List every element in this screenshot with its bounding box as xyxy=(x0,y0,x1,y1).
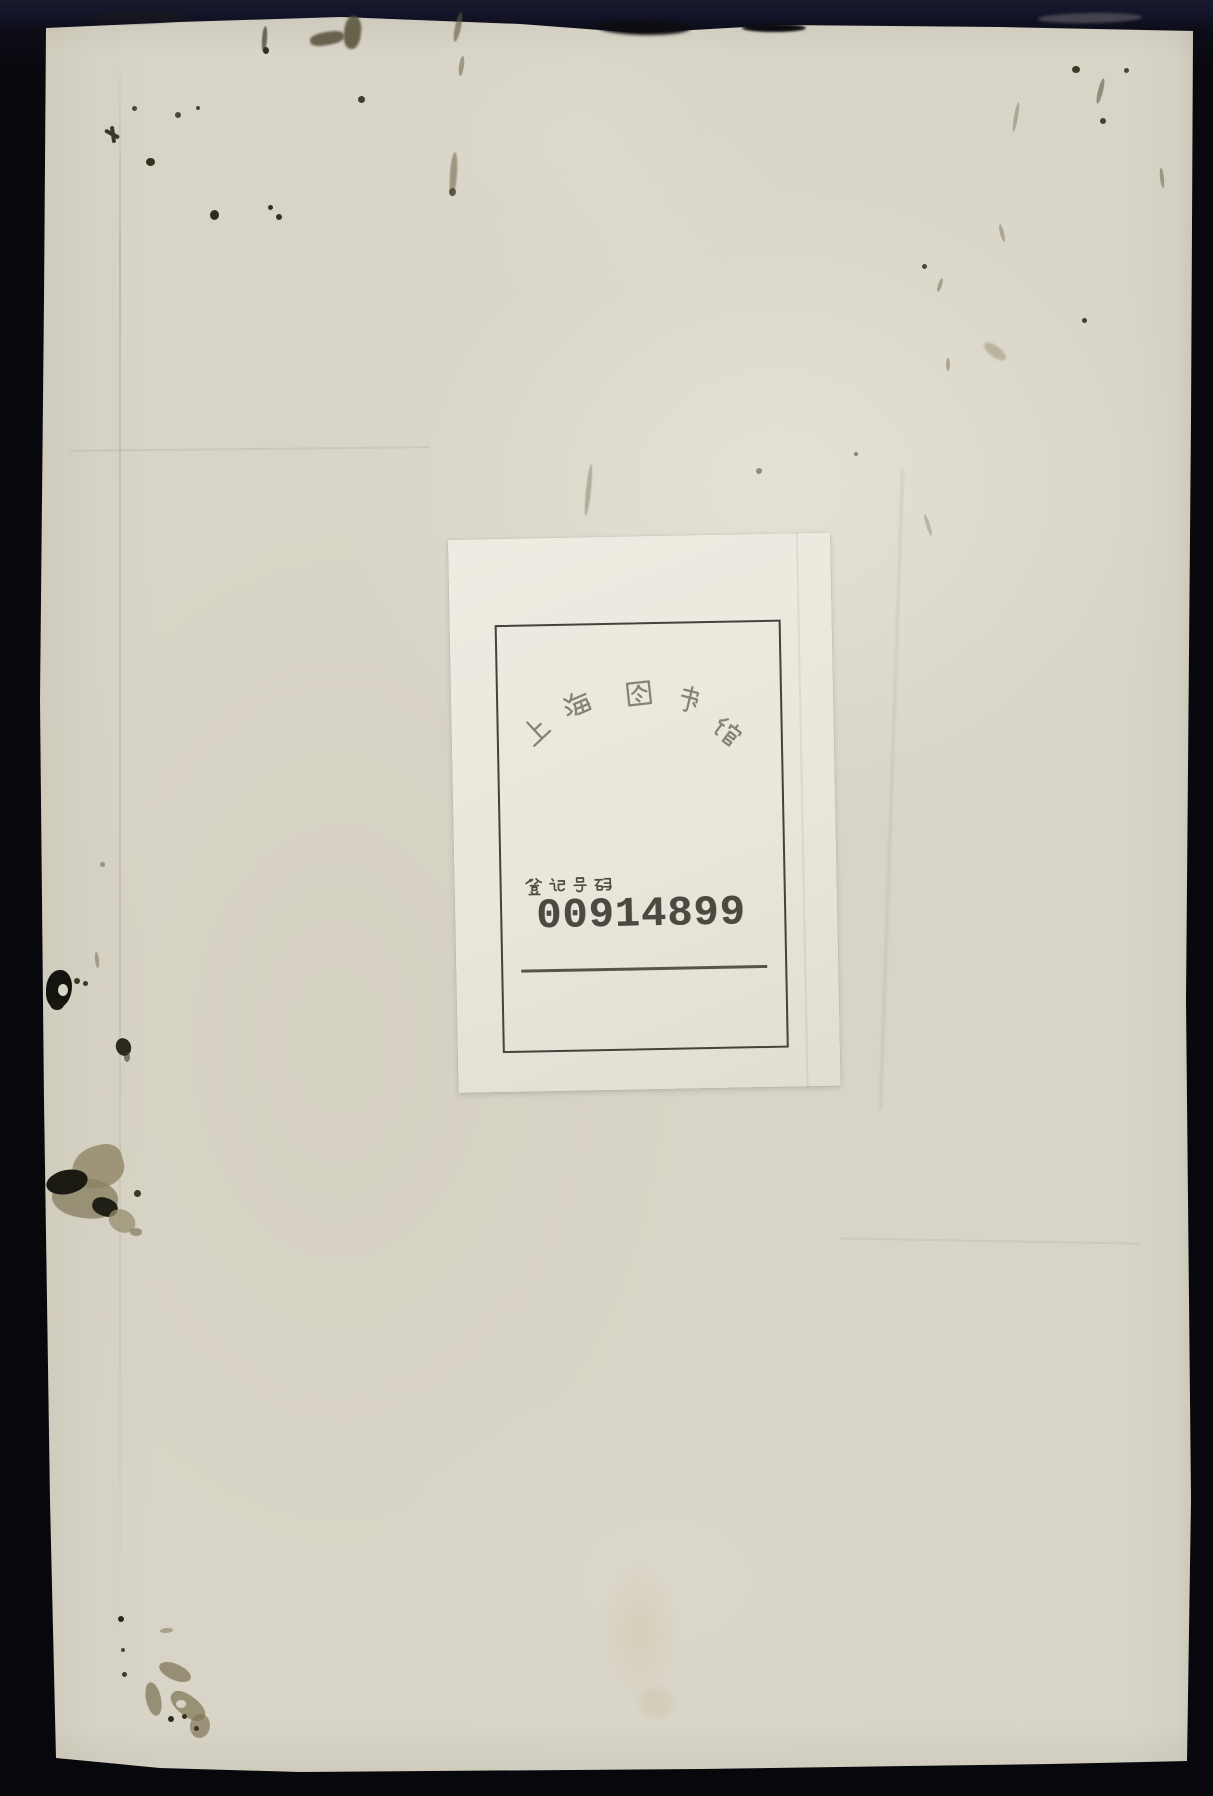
ink-speck xyxy=(276,214,282,220)
ink-speck xyxy=(854,452,858,456)
paint-smear xyxy=(742,24,806,32)
registration-number: 00914899 xyxy=(536,891,746,937)
ink-speck xyxy=(358,96,365,103)
label-crease xyxy=(796,533,809,1086)
scan-background: 上 海 图 书 馆 登记号码 xyxy=(0,0,1213,1796)
ink-speck xyxy=(74,978,80,984)
ink-blob xyxy=(50,998,64,1010)
ink-stain xyxy=(176,1700,186,1708)
ink-speck xyxy=(122,1672,127,1677)
stamp-character: 图 xyxy=(621,676,656,711)
ink-speck xyxy=(194,1726,199,1731)
ink-speck xyxy=(263,47,269,54)
ink-speck xyxy=(175,112,181,118)
ink-speck xyxy=(922,264,927,269)
ink-speck xyxy=(83,981,88,986)
page-crease xyxy=(119,36,121,1752)
ink-speck xyxy=(268,205,273,210)
ink-speck xyxy=(146,158,155,166)
ink-speck xyxy=(1124,68,1129,73)
ink-blob xyxy=(58,984,68,996)
ink-speck xyxy=(1100,118,1106,124)
ink-speck xyxy=(196,106,200,110)
ink-speck xyxy=(449,188,456,196)
ink-speck xyxy=(118,1616,124,1622)
paint-smear xyxy=(1038,12,1142,24)
ink-speck xyxy=(756,468,762,474)
ink-stain xyxy=(130,1228,142,1236)
ink-stain xyxy=(600,1556,680,1706)
paint-smear xyxy=(88,11,186,24)
ink-stain xyxy=(640,1688,674,1718)
ink-speck xyxy=(182,1714,187,1719)
ink-speck xyxy=(1072,66,1080,73)
ink-stain xyxy=(124,1052,130,1062)
library-label: 上 海 图 书 馆 登记号码 xyxy=(448,533,841,1093)
ink-speck xyxy=(1082,318,1087,323)
hanzi-glyph xyxy=(621,676,656,711)
ink-speck xyxy=(134,1190,141,1197)
ink-speck xyxy=(168,1716,174,1722)
paper-fiber xyxy=(946,358,950,371)
ink-speck xyxy=(210,210,219,220)
ink-speck xyxy=(121,1648,125,1652)
ink-speck xyxy=(100,862,105,867)
ink-speck xyxy=(132,106,137,111)
